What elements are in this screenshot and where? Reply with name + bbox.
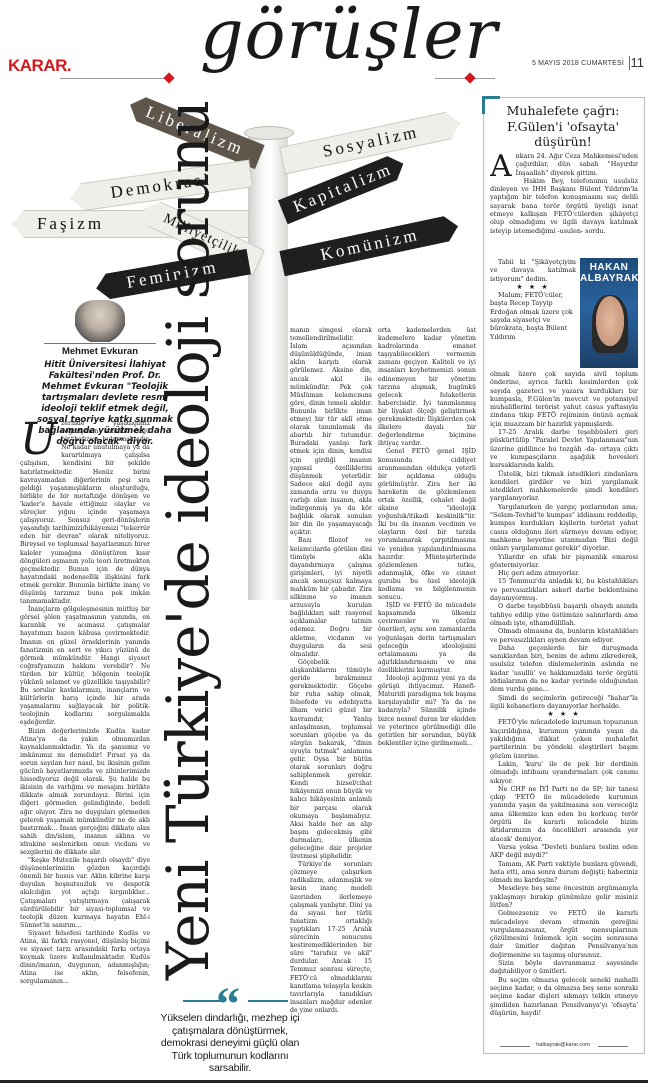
paragraph: Meseleye beş sene öncesinin argümanıyla … (490, 884, 638, 909)
sidebar-headline: Muhalefete çağrı: F.Gülen'i 'ofsayta' dü… (486, 103, 640, 150)
paragraph: orta kademelerden üst kademelere kadar y… (378, 327, 476, 448)
sign-label: Faşizm (37, 214, 104, 234)
paragraph: FETÖ'yle mücadelede kurumun topuzunun ka… (490, 718, 638, 759)
pull-quote-rule-right (248, 1000, 288, 1002)
paragraph: 17-25 Aralık darbe teşebbüsleri geri püs… (490, 428, 638, 469)
article-column-3: orta kademelerden üst kademelere kadar y… (378, 327, 476, 1075)
diamond-ornament-left (163, 72, 174, 83)
paragraph: Lakin, 'kuru' ile de pek bir derdinin ol… (490, 760, 638, 785)
paragraph: olmak üzere çok sayıda sivil toplum önde… (490, 370, 638, 428)
paragraph: Göçebelik alışkanlıklarını tümüyle gerid… (290, 659, 372, 861)
section-stars: ★ ★ ★ (490, 283, 576, 291)
paragraph: Malum; FETÖ'cüler, başta Recep Tayyip Er… (490, 291, 576, 341)
dateline: 5 MAYIS 2018 CUMARTESİ (532, 60, 624, 67)
page-number: 11 (631, 55, 645, 70)
paragraph: Gelmezseniz ve FETÖ ile kararlı mücadele… (490, 909, 638, 959)
paragraph: Ne CHP ne İYİ Parti ne de SP; bir tanesi… (490, 785, 638, 843)
sign-label: Komünizm (319, 225, 421, 265)
brand-logo: KARAR. (8, 56, 71, 76)
paragraph: İnançların gölgeleşmesinin müthiş bir gö… (20, 606, 150, 727)
paragraph: Bizim değerlerimizde Kudüs kadar Atina'y… (20, 728, 150, 858)
sign-komunizm: Komünizm (279, 214, 460, 277)
columnist-face (592, 295, 628, 353)
paragraph: "Keşke Mutezile başarılı olsaydı" diye d… (20, 857, 150, 930)
page-bottom-rule (0, 1080, 648, 1083)
paragraph: İdeoloji açığımız yeni ya da görüşü ihti… (378, 675, 476, 748)
sidebar-intro-text: A nkara 24. Ağır Ceza Mahkemesi'nden çağ… (490, 152, 638, 252)
sidebar-narrow-text: Tabii ki "Şikâyetçiyim ve davaya katılma… (490, 258, 576, 368)
paragraph: Sizin böyle davranmanız sayesinde dağıta… (490, 959, 638, 976)
paragraph: Tabii ki "Şikâyetçiyim ve davaya katılma… (490, 258, 576, 283)
section-title: görüşler (200, 0, 498, 75)
paragraph: nkara 24. Ağır Ceza Mahkemesi'nden çağır… (490, 152, 638, 177)
paragraph: IŞİD ve FETÖ ile mücadele kapsamında ülk… (378, 602, 476, 675)
signpost-cap (244, 126, 294, 140)
signoff-rule-right (598, 1046, 628, 1047)
sign-label: Sosyalizm (321, 122, 421, 162)
paragraph: Varsa yoksa "Devleti bunlara teslim eden… (490, 843, 638, 860)
paragraph: Şimdi de seçimlerin getireceği "bahar"la… (490, 694, 638, 711)
article-column-1: Ü zerinde yaşadığımız coğrafyanın kendin… (20, 420, 150, 1075)
sidebar-drop-cap: A (490, 154, 512, 180)
paragraph: Yıllardır en ufak bir pişmanlık emaresi … (490, 553, 638, 570)
paragraph: Siyaset felsefesi tarihinde Kudüs ve Ati… (20, 930, 150, 987)
sidebar-main-text: olmak üzere çok sayıda sivil toplum önde… (490, 370, 638, 1035)
masthead-rule-left (60, 78, 170, 79)
paragraph: O darbe teşebbüsü başarılı olsaydı anınd… (490, 602, 638, 627)
article-column-2: manın simgesi olarak temellendirilmelidi… (290, 327, 372, 1075)
paragraph: Türkiye'de sorunları çözmeye çalışırken … (290, 861, 372, 1015)
paragraph: Bu seçim olmazsa gelecek seneki mahalli … (490, 976, 638, 1017)
paragraph: Olmadı olmasına da, bunların küstahlıkla… (490, 627, 638, 644)
columnist-first-name: HAKAN (580, 262, 638, 273)
paragraph: Hiç geri adım atmıyorlar. (490, 569, 638, 577)
paragraph: 15 Temmuz'da anladık ki, bu küstahlıklar… (490, 577, 638, 602)
paragraph: Yargılanırken de yargıç pozlarından ama;… (490, 503, 638, 553)
paragraph: Hakim Bey, telefonumu usulsüz dinleyen v… (490, 177, 638, 235)
paragraph: Tamam, AK Parti vaktiyle bunlara güvendi… (490, 860, 638, 885)
drop-cap: Ü (20, 422, 57, 458)
author-rule (44, 343, 156, 344)
paragraph: Genel FETÖ genel IŞİD konusunda ciddiyet… (378, 448, 476, 602)
headline-container: Yeni Türkiye'de ideoloji sorunu (148, 300, 228, 980)
paragraph: manın simgesi olarak temellendirilmelidi… (290, 327, 372, 537)
columnist-last-name: ALBAYRAK (580, 273, 638, 284)
article-headline: Yeni Türkiye'de ideoloji sorunu (148, 300, 228, 980)
paragraph: Bazı filozof ve kelamcılarda görülen din… (290, 537, 372, 658)
pull-quote: Yükselen dindarlığı, mezhep içi çatışmal… (160, 1012, 300, 1075)
sidebar-accent-corner-vertical (482, 96, 485, 114)
author-photo (75, 300, 125, 342)
columnist-email[interactable]: halbayrak@karar.com (486, 1042, 640, 1048)
paragraph: Daha geçenlerde bir duruşmada sanıklarda… (490, 644, 638, 694)
paragraph: Üstelik, bizi tıkmak istedikleri zindanl… (490, 470, 638, 503)
